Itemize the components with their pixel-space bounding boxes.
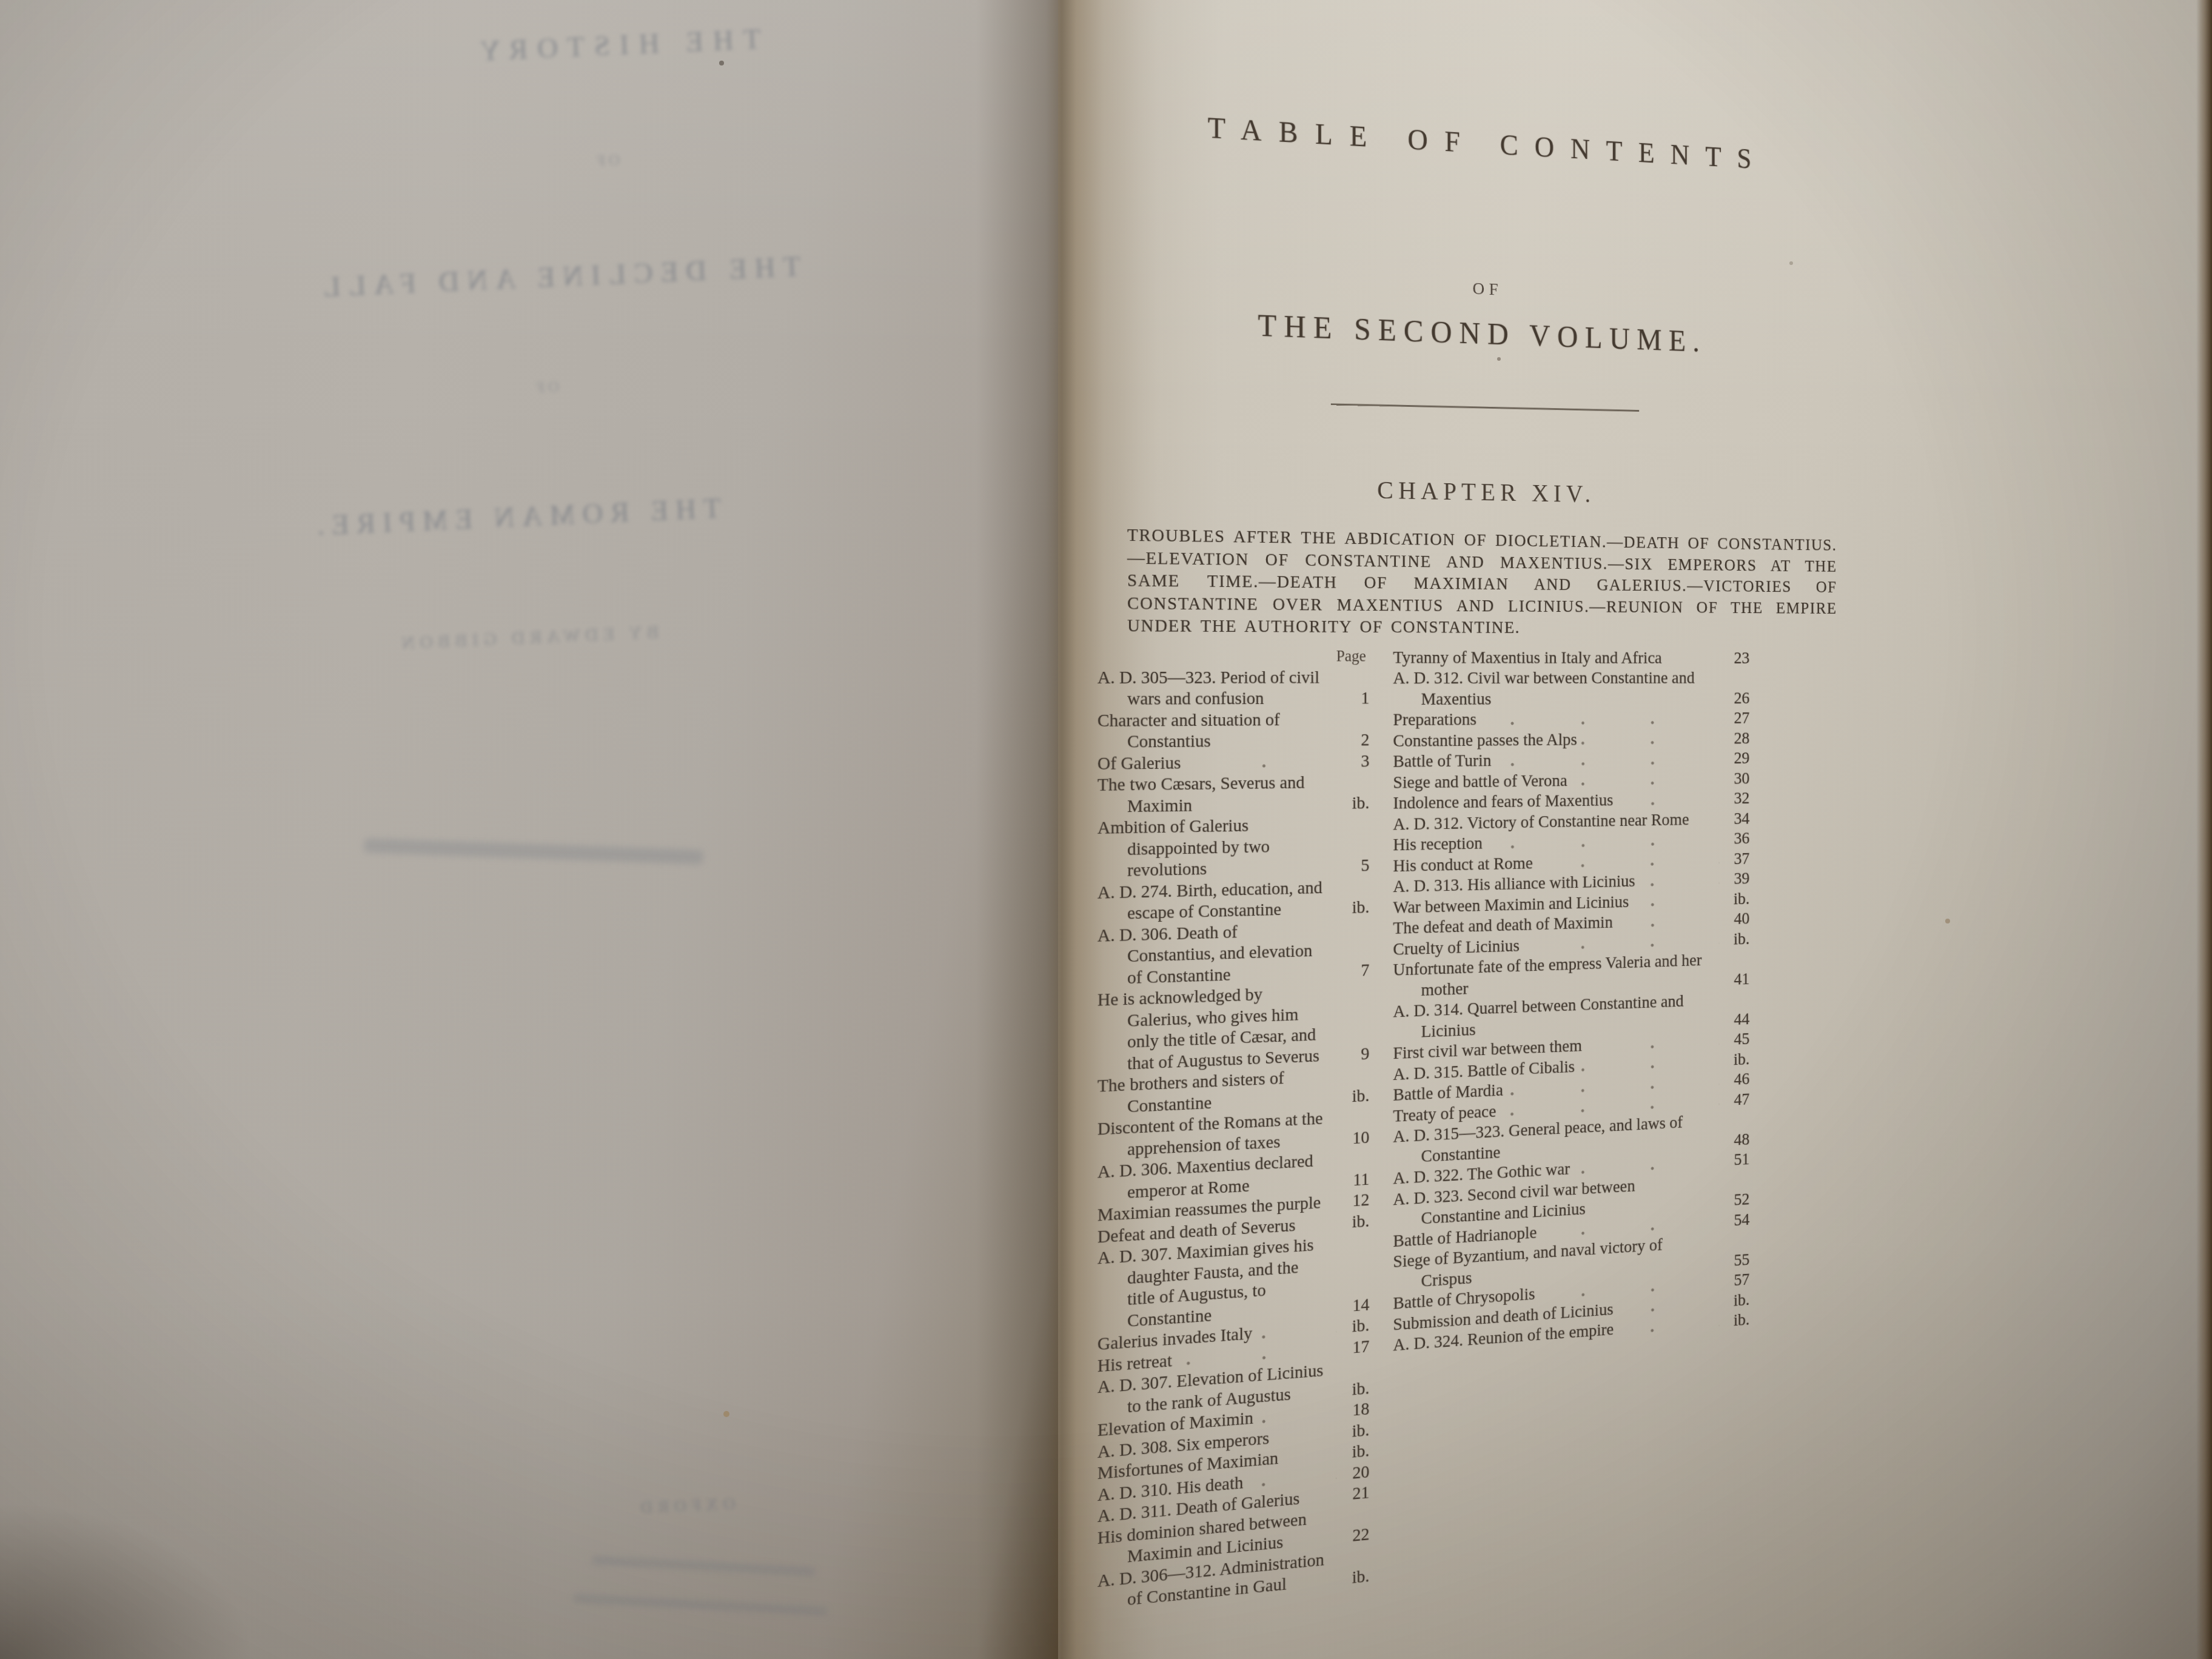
toc-entry-text: A. D. 312. Civil war between Constantine… <box>1393 668 1709 709</box>
leader-dots <box>1480 720 1720 725</box>
toc-entry-page-number: ib. <box>1723 888 1750 909</box>
leader-dots <box>1329 973 1336 977</box>
toc-entry-page-number: 32 <box>1723 788 1750 809</box>
toc-entry-page-number: 27 <box>1723 708 1750 728</box>
toc-entry-page-number: 18 <box>1340 1398 1370 1421</box>
leader-dots <box>1536 861 1719 868</box>
leader-dots <box>1632 901 1720 907</box>
toc-entry: Tyranny of Maxentius in Italy and Africa… <box>1393 647 1749 668</box>
toc-entry: He is acknowledged by Galerius, who give… <box>1098 980 1370 1076</box>
toc-entry: A. D. 312. Civil war between Constantine… <box>1393 668 1749 709</box>
toc-entry: Ambition of Galerius disappointed by two… <box>1098 813 1370 882</box>
toc-entry-page-number: 36 <box>1723 828 1750 849</box>
toc-entry-text: Preparations <box>1393 709 1476 730</box>
ghost-title-line: THE DECLINE AND FALL <box>163 244 952 311</box>
toc-entry-text: Indolence and fears of Maxentius <box>1393 790 1613 814</box>
ghost-title-line: THE ROMAN EMPIRE. <box>121 484 910 551</box>
toc-entry: A. D. 306. Death of Constantius, and ele… <box>1098 917 1370 989</box>
leader-dots <box>1712 1022 1719 1025</box>
leader-dots <box>1299 1225 1336 1231</box>
toc-entry-page-number: ib. <box>1723 1048 1750 1070</box>
toc-entry-text: His conduct at Rome <box>1393 853 1532 876</box>
leader-dots <box>1692 821 1720 825</box>
leader-dots <box>1329 1099 1336 1102</box>
leader-dots <box>1712 1203 1719 1207</box>
toc-entry-page-number: ib. <box>1340 897 1370 919</box>
toc-entry-page-number: 1 <box>1340 688 1370 709</box>
toc-entry-page-number: ib. <box>1723 928 1750 949</box>
toc-entry-page-number: 37 <box>1723 848 1750 869</box>
table-of-contents-page: TABLE OF CONTENTS OF THE SECOND VOLUME. … <box>1091 12 1892 1659</box>
toc-entry-page-number: 48 <box>1723 1129 1750 1150</box>
toc-entry-page-number: ib. <box>1340 1419 1370 1443</box>
toc-entry-page-number: 57 <box>1723 1269 1750 1291</box>
toc-entry-page-number: ib. <box>1340 1566 1370 1589</box>
toc-entry-page-number: 26 <box>1723 688 1750 708</box>
page-column-label: Page <box>1098 646 1370 667</box>
leader-dots <box>1329 805 1336 809</box>
toc-entry-page-number: 10 <box>1340 1127 1370 1149</box>
ghost-blur-line <box>573 1594 828 1615</box>
toc-entry: Of Galerius3 <box>1098 751 1370 774</box>
leader-dots <box>1329 1581 1336 1586</box>
leader-dots <box>1578 1062 1719 1072</box>
toc-entry-page-number: 11 <box>1340 1168 1370 1191</box>
leader-dots <box>1191 763 1336 768</box>
leader-dots <box>1585 1042 1719 1051</box>
left-page: THE HISTORYOFTHE DECLINE AND FALLOFTHE R… <box>0 0 1058 1659</box>
toc-entry-page-number: 7 <box>1340 959 1370 981</box>
toc-entry: Preparations27 <box>1393 708 1749 730</box>
toc-entry-page-number: 34 <box>1723 808 1750 829</box>
toc-entry-page-number: 5 <box>1340 855 1370 877</box>
paper-specks <box>0 0 2 2</box>
leader-dots <box>1282 1455 1336 1463</box>
chapter-heading: CHAPTER XIV. <box>1091 470 1852 513</box>
toc-entry-text: Tyranny of Maxentius in Italy and Africa <box>1393 647 1661 668</box>
open-book-photo: THE HISTORYOFTHE DECLINE AND FALLOFTHE R… <box>0 0 2212 1659</box>
toc-entry-page-number: 40 <box>1723 908 1750 929</box>
ghost-title-line: THE HISTORY <box>221 12 1010 79</box>
toc-entry-page-number: ib. <box>1340 1315 1370 1338</box>
page-edge <box>2196 0 2212 1659</box>
leader-dots <box>1570 780 1719 786</box>
toc-entry: Character and situation of Constantius2 <box>1098 709 1370 753</box>
toc-entry-text: A. D. 274. Birth, education, and escape … <box>1098 877 1326 925</box>
toc-entry-page-number: 20 <box>1340 1461 1370 1485</box>
toc-entry-page-number: 55 <box>1723 1249 1750 1271</box>
leader-dots <box>1712 1142 1719 1146</box>
leader-dots <box>1712 700 1719 704</box>
toc-entry-page-number: ib. <box>1340 1440 1370 1464</box>
toc-entry-page-number: ib. <box>1340 1210 1370 1233</box>
leader-dots <box>1665 660 1720 663</box>
toc-entry-text: A. D. 306. Death of Constantius, and ele… <box>1098 919 1326 989</box>
toc-entry-page-number: 2 <box>1340 729 1370 751</box>
toc-entry-text: Battle of Turin <box>1393 750 1491 772</box>
toc-entry-page-number: 45 <box>1723 1028 1750 1050</box>
chapter-summary: TROUBLES AFTER THE ABDICATION OF DIOCLET… <box>1127 525 1837 640</box>
toc-entry-page-number: 52 <box>1723 1189 1750 1211</box>
leader-dots <box>1712 982 1719 985</box>
leader-dots <box>1329 1540 1336 1544</box>
toc-entry-text: A. D. 307. Maximian gives his daughter F… <box>1098 1234 1326 1334</box>
leader-dots <box>1329 1141 1336 1145</box>
leader-dots <box>1580 740 1719 745</box>
toc-entry-page-number: 46 <box>1723 1069 1750 1090</box>
toc-entry-page-number: 3 <box>1340 751 1370 772</box>
leader-dots <box>1303 1498 1336 1504</box>
toc-entry-text: Ambition of Galerius disappointed by two… <box>1098 814 1326 882</box>
toc-entry-page-number: 17 <box>1340 1336 1370 1359</box>
toc-entry-page-number: ib. <box>1723 1289 1750 1311</box>
toc-entry-page-number: 29 <box>1723 748 1750 769</box>
ghost-blur-line <box>364 838 703 865</box>
toc-entry-page-number: 41 <box>1723 968 1750 990</box>
toc-entry-text: A. D. 305—323. Period of civil wars and … <box>1098 667 1326 710</box>
toc-entry-page-number: 14 <box>1340 1294 1370 1317</box>
leader-dots <box>1329 1183 1336 1187</box>
leader-dots <box>1712 1263 1719 1267</box>
leader-dots <box>1329 742 1336 746</box>
toc-columns: Page A. D. 305—323. Period of civil wars… <box>1098 646 1749 1614</box>
ghost-title-line: OXFORD <box>291 1480 1079 1533</box>
toc-entry-page-number: 39 <box>1723 868 1750 889</box>
ghost-title-line: BY EDWARD GIBBON <box>133 611 922 666</box>
volume-title: THE SECOND VOLUME. <box>1091 301 1852 364</box>
leader-dots <box>1617 1324 1720 1335</box>
leader-dots <box>1329 868 1336 872</box>
leader-dots <box>1324 1204 1336 1208</box>
leader-dots <box>1329 1393 1336 1397</box>
leader-dots <box>1273 1435 1336 1444</box>
toc-entry-page-number: 22 <box>1340 1524 1370 1547</box>
leader-dots <box>1638 881 1720 886</box>
ghost-blur-line <box>591 1556 816 1575</box>
toc-entry-page-number: 47 <box>1723 1089 1750 1110</box>
leader-dots <box>1495 760 1720 766</box>
ghost-title-line: OF <box>152 363 940 414</box>
toc-entry-page-number: 21 <box>1340 1482 1370 1506</box>
toc-right-column: Tyranny of Maxentius in Italy and Africa… <box>1393 647 1749 1356</box>
toc-entry-page-number: 28 <box>1723 728 1750 748</box>
leader-dots <box>1486 841 1719 849</box>
toc-entry-text: The two Cæsars, Severus and Maximin <box>1098 772 1326 817</box>
leader-dots <box>1616 921 1719 927</box>
toc-left-column: Page A. D. 305—323. Period of civil wars… <box>1098 646 1370 1614</box>
toc-entry-text: Character and situation of Constantius <box>1098 709 1326 752</box>
toc-entry-page-number: 23 <box>1723 648 1750 668</box>
toc-entry-page-number: ib. <box>1340 1378 1370 1401</box>
toc-entry-page-number: 51 <box>1723 1149 1750 1171</box>
toc-entry-text: His reception <box>1393 833 1483 856</box>
divider-rule <box>1331 403 1639 412</box>
leader-dots <box>1256 1330 1336 1339</box>
toc-entry: A. D. 274. Birth, education, and escape … <box>1098 876 1370 925</box>
leader-dots <box>1329 910 1336 914</box>
toc-entry-page-number: 12 <box>1340 1189 1370 1212</box>
ghost-title-line: OF <box>212 136 1000 187</box>
toc-entry-page-number: 9 <box>1340 1043 1370 1065</box>
leader-dots <box>1257 1413 1337 1423</box>
leader-dots <box>1617 800 1720 805</box>
toc-entry-text: Constantine passes the Alps <box>1393 729 1577 751</box>
toc-entry-page-number: 44 <box>1723 1008 1750 1030</box>
leader-dots <box>1523 942 1719 951</box>
toc-entry-page-number: 30 <box>1723 768 1750 789</box>
leader-dots <box>1329 1309 1336 1313</box>
toc-entry-page-number: ib. <box>1723 1309 1750 1331</box>
toc-entry-page-number: 54 <box>1723 1209 1750 1231</box>
leader-dots <box>1329 1057 1336 1061</box>
toc-entry-text: Of Galerius <box>1098 752 1187 774</box>
toc-entry-text: Siege and battle of Verona <box>1393 770 1567 793</box>
toc-entry-text: He is acknowledged by Galerius, who give… <box>1098 982 1326 1075</box>
toc-entry: Constantine passes the Alps28 <box>1393 728 1749 751</box>
page-title: TABLE OF CONTENTS <box>1091 103 1852 181</box>
leader-dots <box>1329 700 1336 704</box>
toc-entry: A. D. 305—323. Period of civil wars and … <box>1098 667 1370 710</box>
toc-entry: The two Cæsars, Severus and Maximinib. <box>1098 771 1370 817</box>
toc-entry-page-number: ib. <box>1340 1085 1370 1107</box>
toc-entry-page-number: ib. <box>1340 793 1370 814</box>
